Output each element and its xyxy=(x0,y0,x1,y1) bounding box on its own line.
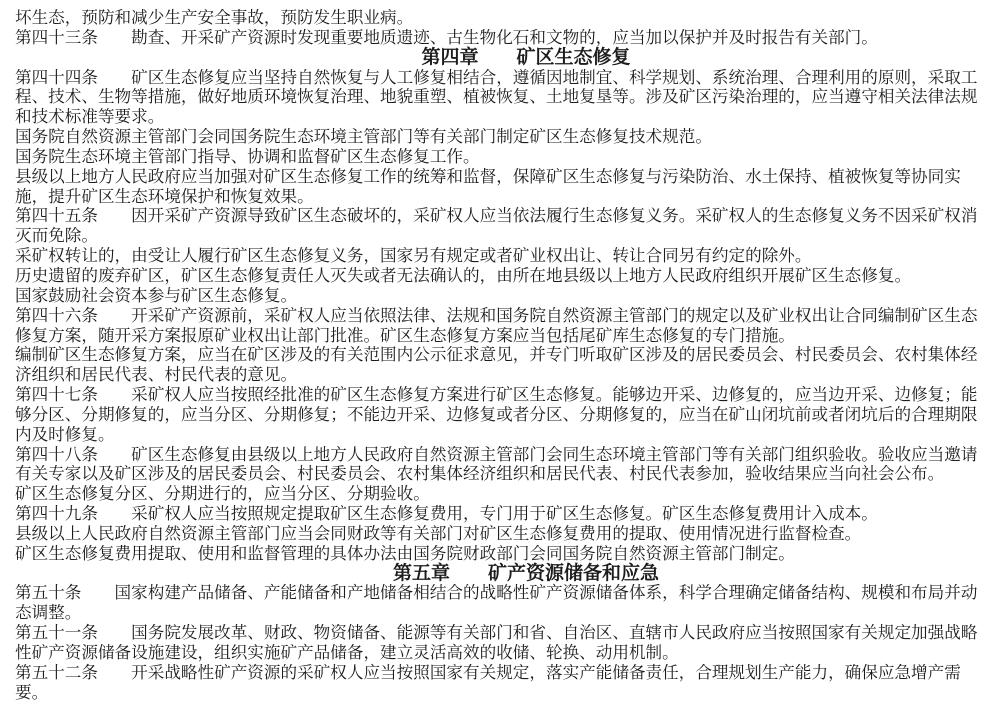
article-line-52: 第五十二条 开采战略性矿产资源的采矿权人应当按照国家有关规定，落实产能储备责任，… xyxy=(15,663,992,683)
text-line: 采矿权转让的，由受让人履行矿区生态修复义务，国家另有规定或者矿业权出让、转让合同… xyxy=(15,246,992,266)
article-line-49: 第四十九条 采矿权人应当按照规定提取矿区生态修复费用，专门用于矿区生态修复。矿区… xyxy=(15,504,992,524)
text-line: 施，提升矿区生态环境保护和恢复效果。 xyxy=(15,187,992,207)
text-line: 编制矿区生态修复方案，应当在矿区涉及的有关范围内公示征求意见，并专门听取矿区涉及… xyxy=(15,345,992,365)
article-line-47: 第四十七条 采矿权人应当按照经批准的矿区生态修复方案进行矿区生态修复。能够边开采… xyxy=(15,385,992,405)
text-line: 国家鼓励社会资本参与矿区生态修复。 xyxy=(15,286,992,306)
text-line: 矿区生态修复分区、分期进行的，应当分区、分期验收。 xyxy=(15,484,992,504)
text-line: 灭而免除。 xyxy=(15,226,992,246)
article-line-43: 第四十三条 勘查、开采矿产资源时发现重要地质遗迹、古生物化石和文物的，应当加以保… xyxy=(15,28,992,48)
text-line: 态调整。 xyxy=(15,603,992,623)
article-line-50: 第五十条 国家构建产品储备、产能储备和产地储备相结合的战略性矿产资源储备体系，科… xyxy=(15,583,992,603)
article-line-45: 第四十五条 因开采矿产资源导致矿区生态破坏的，采矿权人应当依法履行生态修复义务。… xyxy=(15,206,992,226)
text-line: 和技术标准等要求。 xyxy=(15,107,992,127)
article-line-48: 第四十八条 矿区生态修复由县级以上地方人民政府自然资源主管部门会同生态环境主管部… xyxy=(15,445,992,465)
text-line: 县级以上人民政府自然资源主管部门应当会同财政等有关部门对矿区生态修复费用的提取、… xyxy=(15,524,992,544)
text-line: 要。 xyxy=(15,683,992,703)
text-line: 够分区、分期修复的，应当分区、分期修复；不能边开采、边修复或者分区、分期修复的，… xyxy=(15,405,992,425)
chapter-heading-5: 第五章 矿产资源储备和应急 xyxy=(15,564,992,584)
text-line: 有关专家以及矿区涉及的居民委员会、村民委员会、农村集体经济组织和居民代表、村民代… xyxy=(15,464,992,484)
text-line: 县级以上地方人民政府应当加强对矿区生态修复工作的统筹和监督，保障矿区生态修复与污… xyxy=(15,167,992,187)
text-line: 程、技术、生物等措施，做好地质环境恢复治理、地貌重塑、植被恢复、土地复垦等。涉及… xyxy=(15,87,992,107)
article-line-46: 第四十六条 开采矿产资源前，采矿权人应当依照法律、法规和国务院自然资源主管部门的… xyxy=(15,306,992,326)
text-line: 国务院生态环境主管部门指导、协调和监督矿区生态修复工作。 xyxy=(15,147,992,167)
document-page: 坏生态，预防和减少生产安全事故，预防发生职业病。 第四十三条 勘查、开采矿产资源… xyxy=(0,0,1000,706)
text-line: 历史遗留的废弃矿区，矿区生态修复责任人灭失或者无法确认的，由所在地县级以上地方人… xyxy=(15,266,992,286)
article-line-44: 第四十四条 矿区生态修复应当坚持自然恢复与人工修复相结合，遵循因地制宜、科学规划… xyxy=(15,68,992,88)
text-line: 性矿产资源储备设施建设，组织实施矿产品储备，建立灵活高效的收储、轮换、动用机制。 xyxy=(15,643,992,663)
text-line: 矿区生态修复费用提取、使用和监督管理的具体办法由国务院财政部门会同国务院自然资源… xyxy=(15,544,992,564)
text-line: 济组织和居民代表、村民代表的意见。 xyxy=(15,365,992,385)
text-line: 内及时修复。 xyxy=(15,425,992,445)
article-line-51: 第五十一条 国务院发展改革、财政、物资储备、能源等有关部门和省、自治区、直辖市人… xyxy=(15,623,992,643)
text-line: 修复方案，随开采方案报原矿业权出让部门批准。矿区生态修复方案应当包括尾矿库生态修… xyxy=(15,326,992,346)
chapter-heading-4: 第四章 矿区生态修复 xyxy=(15,48,992,68)
text-line: 国务院自然资源主管部门会同国务院生态环境主管部门等有关部门制定矿区生态修复技术规… xyxy=(15,127,992,147)
text-line: 坏生态，预防和减少生产安全事故，预防发生职业病。 xyxy=(15,8,992,28)
